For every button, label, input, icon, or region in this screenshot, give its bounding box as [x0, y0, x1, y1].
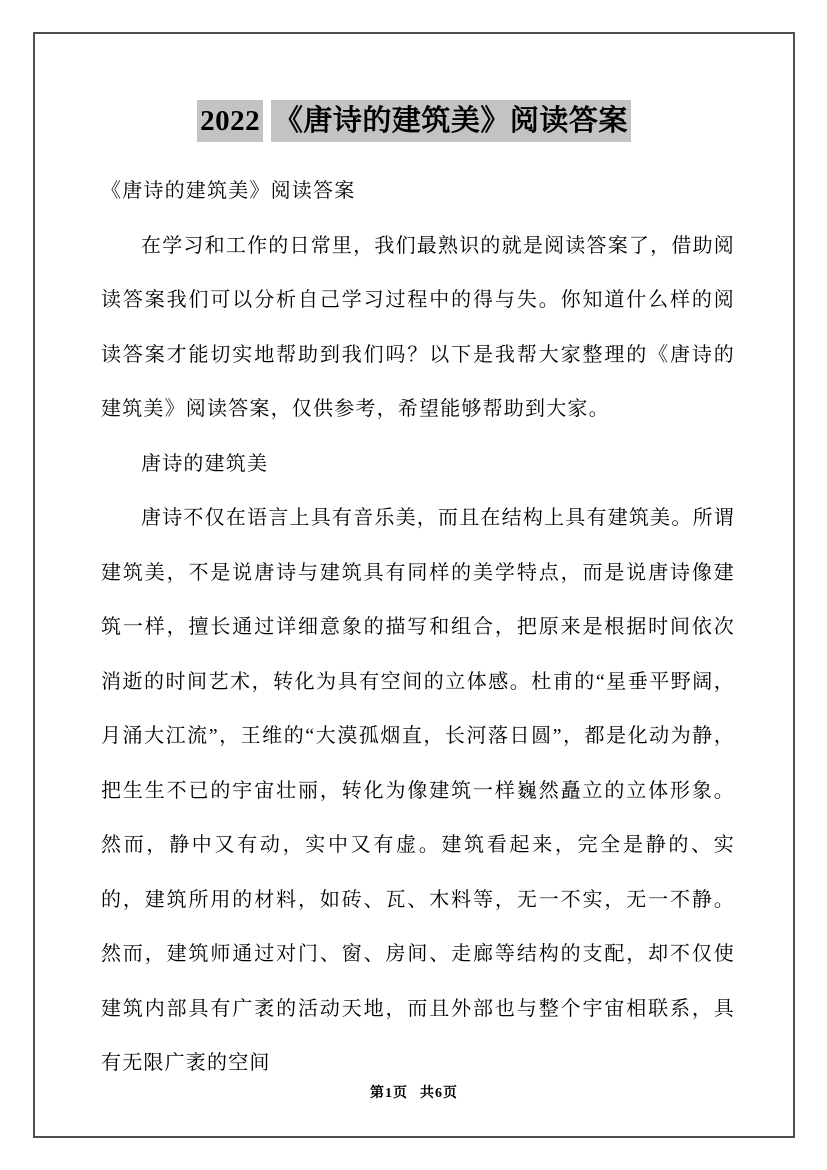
paragraph-essay: 唐诗不仅在语言上具有音乐美，而且在结构上具有建筑美。所谓建筑美，不是说唐诗与建筑…	[101, 491, 735, 1091]
document-title: 2022 《唐诗的建筑美》阅读答案	[35, 101, 793, 142]
paragraph-subtitle: 唐诗的建筑美	[101, 437, 735, 492]
page-total-label: 共6页	[420, 1086, 458, 1101]
paragraph-heading-line: 《唐诗的建筑美》阅读答案	[101, 164, 735, 219]
document-page: 2022 《唐诗的建筑美》阅读答案 《唐诗的建筑美》阅读答案 在学习和工作的日常…	[33, 32, 795, 1138]
paragraph-intro: 在学习和工作的日常里，我们最熟识的就是阅读答案了，借助阅读答案我们可以分析自己学…	[101, 219, 735, 437]
page-footer: 第1页共6页	[35, 1082, 793, 1102]
document-body: 《唐诗的建筑美》阅读答案 在学习和工作的日常里，我们最熟识的就是阅读答案了，借助…	[101, 164, 735, 1091]
document-viewport: 2022 《唐诗的建筑美》阅读答案 《唐诗的建筑美》阅读答案 在学习和工作的日常…	[0, 0, 827, 1170]
title-year-highlight: 2022	[197, 100, 263, 142]
page-number-label: 第1页	[370, 1086, 408, 1101]
title-main-highlight: 《唐诗的建筑美》阅读答案	[271, 100, 631, 142]
